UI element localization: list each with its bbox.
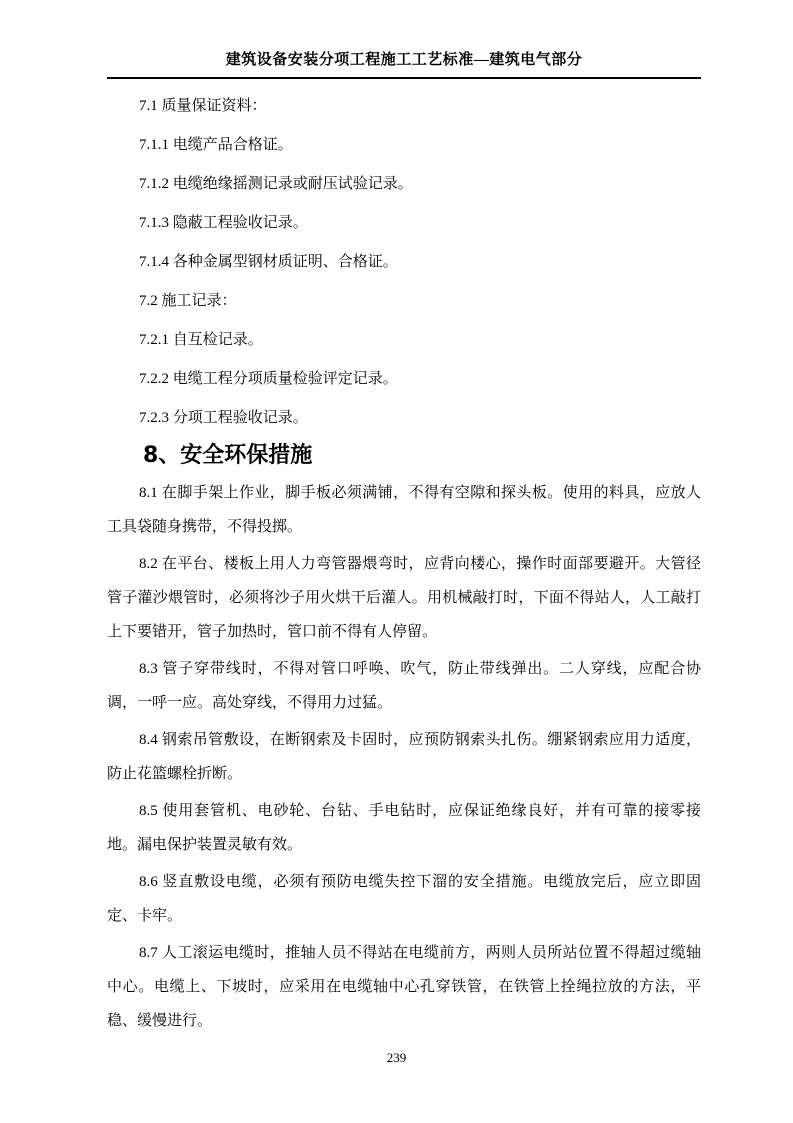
- document-content: 7.1 质量保证资料： 7.1.1 电缆产品合格证。 7.1.2 电缆绝缘摇测记…: [107, 79, 701, 1038]
- clause-8-2: 8.2 在平台、楼板上用人力弯管器煨弯时，应背向楼心，操作时面部要避开。大管径管…: [107, 547, 701, 649]
- clause-8-4: 8.4 钢索吊管敷设，在断钢索及卡固时，应预防钢索头扎伤。绷紧钢索应用力适度，防…: [107, 723, 701, 791]
- clause-7-1-3: 7.1.3 隐蔽工程验收记录。: [107, 206, 701, 240]
- page-footer: 239: [0, 1049, 793, 1067]
- header-title: 建筑设备安装分项工程施工工艺标准—建筑电气部分: [107, 50, 701, 70]
- clause-8-3: 8.3 管子穿带线时，不得对管口呼唤、吹气，防止带线弹出。二人穿线，应配合协调，…: [107, 652, 701, 720]
- clause-7-2-3: 7.2.3 分项工程验收记录。: [107, 401, 701, 435]
- section-8-heading: 8、安全环保措施: [107, 440, 701, 472]
- page-number: 239: [387, 1050, 407, 1065]
- clause-7-1-1: 7.1.1 电缆产品合格证。: [107, 128, 701, 162]
- clause-8-5: 8.5 使用套管机、电砂轮、台钻、手电钻时，应保证绝缘良好，并有可靠的接零接地。…: [107, 794, 701, 862]
- document-page: 建筑设备安装分项工程施工工艺标准—建筑电气部分 7.1 质量保证资料： 7.1.…: [0, 0, 793, 1123]
- clause-7-1-2: 7.1.2 电缆绝缘摇测记录或耐压试验记录。: [107, 167, 701, 201]
- clause-8-1: 8.1 在脚手架上作业，脚手板必须满铺，不得有空隙和探头板。使用的料具，应放人工…: [107, 476, 701, 544]
- clause-7-1-4: 7.1.4 各种金属型钢材质证明、合格证。: [107, 245, 701, 279]
- clause-7-2: 7.2 施工记录：: [107, 284, 701, 318]
- clause-8-7: 8.7 人工滚运电缆时，推轴人员不得站在电缆前方，两则人员所站位置不得超过缆轴中…: [107, 936, 701, 1038]
- clause-8-6: 8.6 竖直敷设电缆，必须有预防电缆失控下溜的安全措施。电缆放完后，应立即固定、…: [107, 865, 701, 933]
- clause-7-2-1: 7.2.1 自互检记录。: [107, 323, 701, 357]
- page-header: 建筑设备安装分项工程施工工艺标准—建筑电气部分: [107, 50, 701, 79]
- clause-7-2-2: 7.2.2 电缆工程分项质量检验评定记录。: [107, 362, 701, 396]
- clause-7-1: 7.1 质量保证资料：: [107, 89, 701, 123]
